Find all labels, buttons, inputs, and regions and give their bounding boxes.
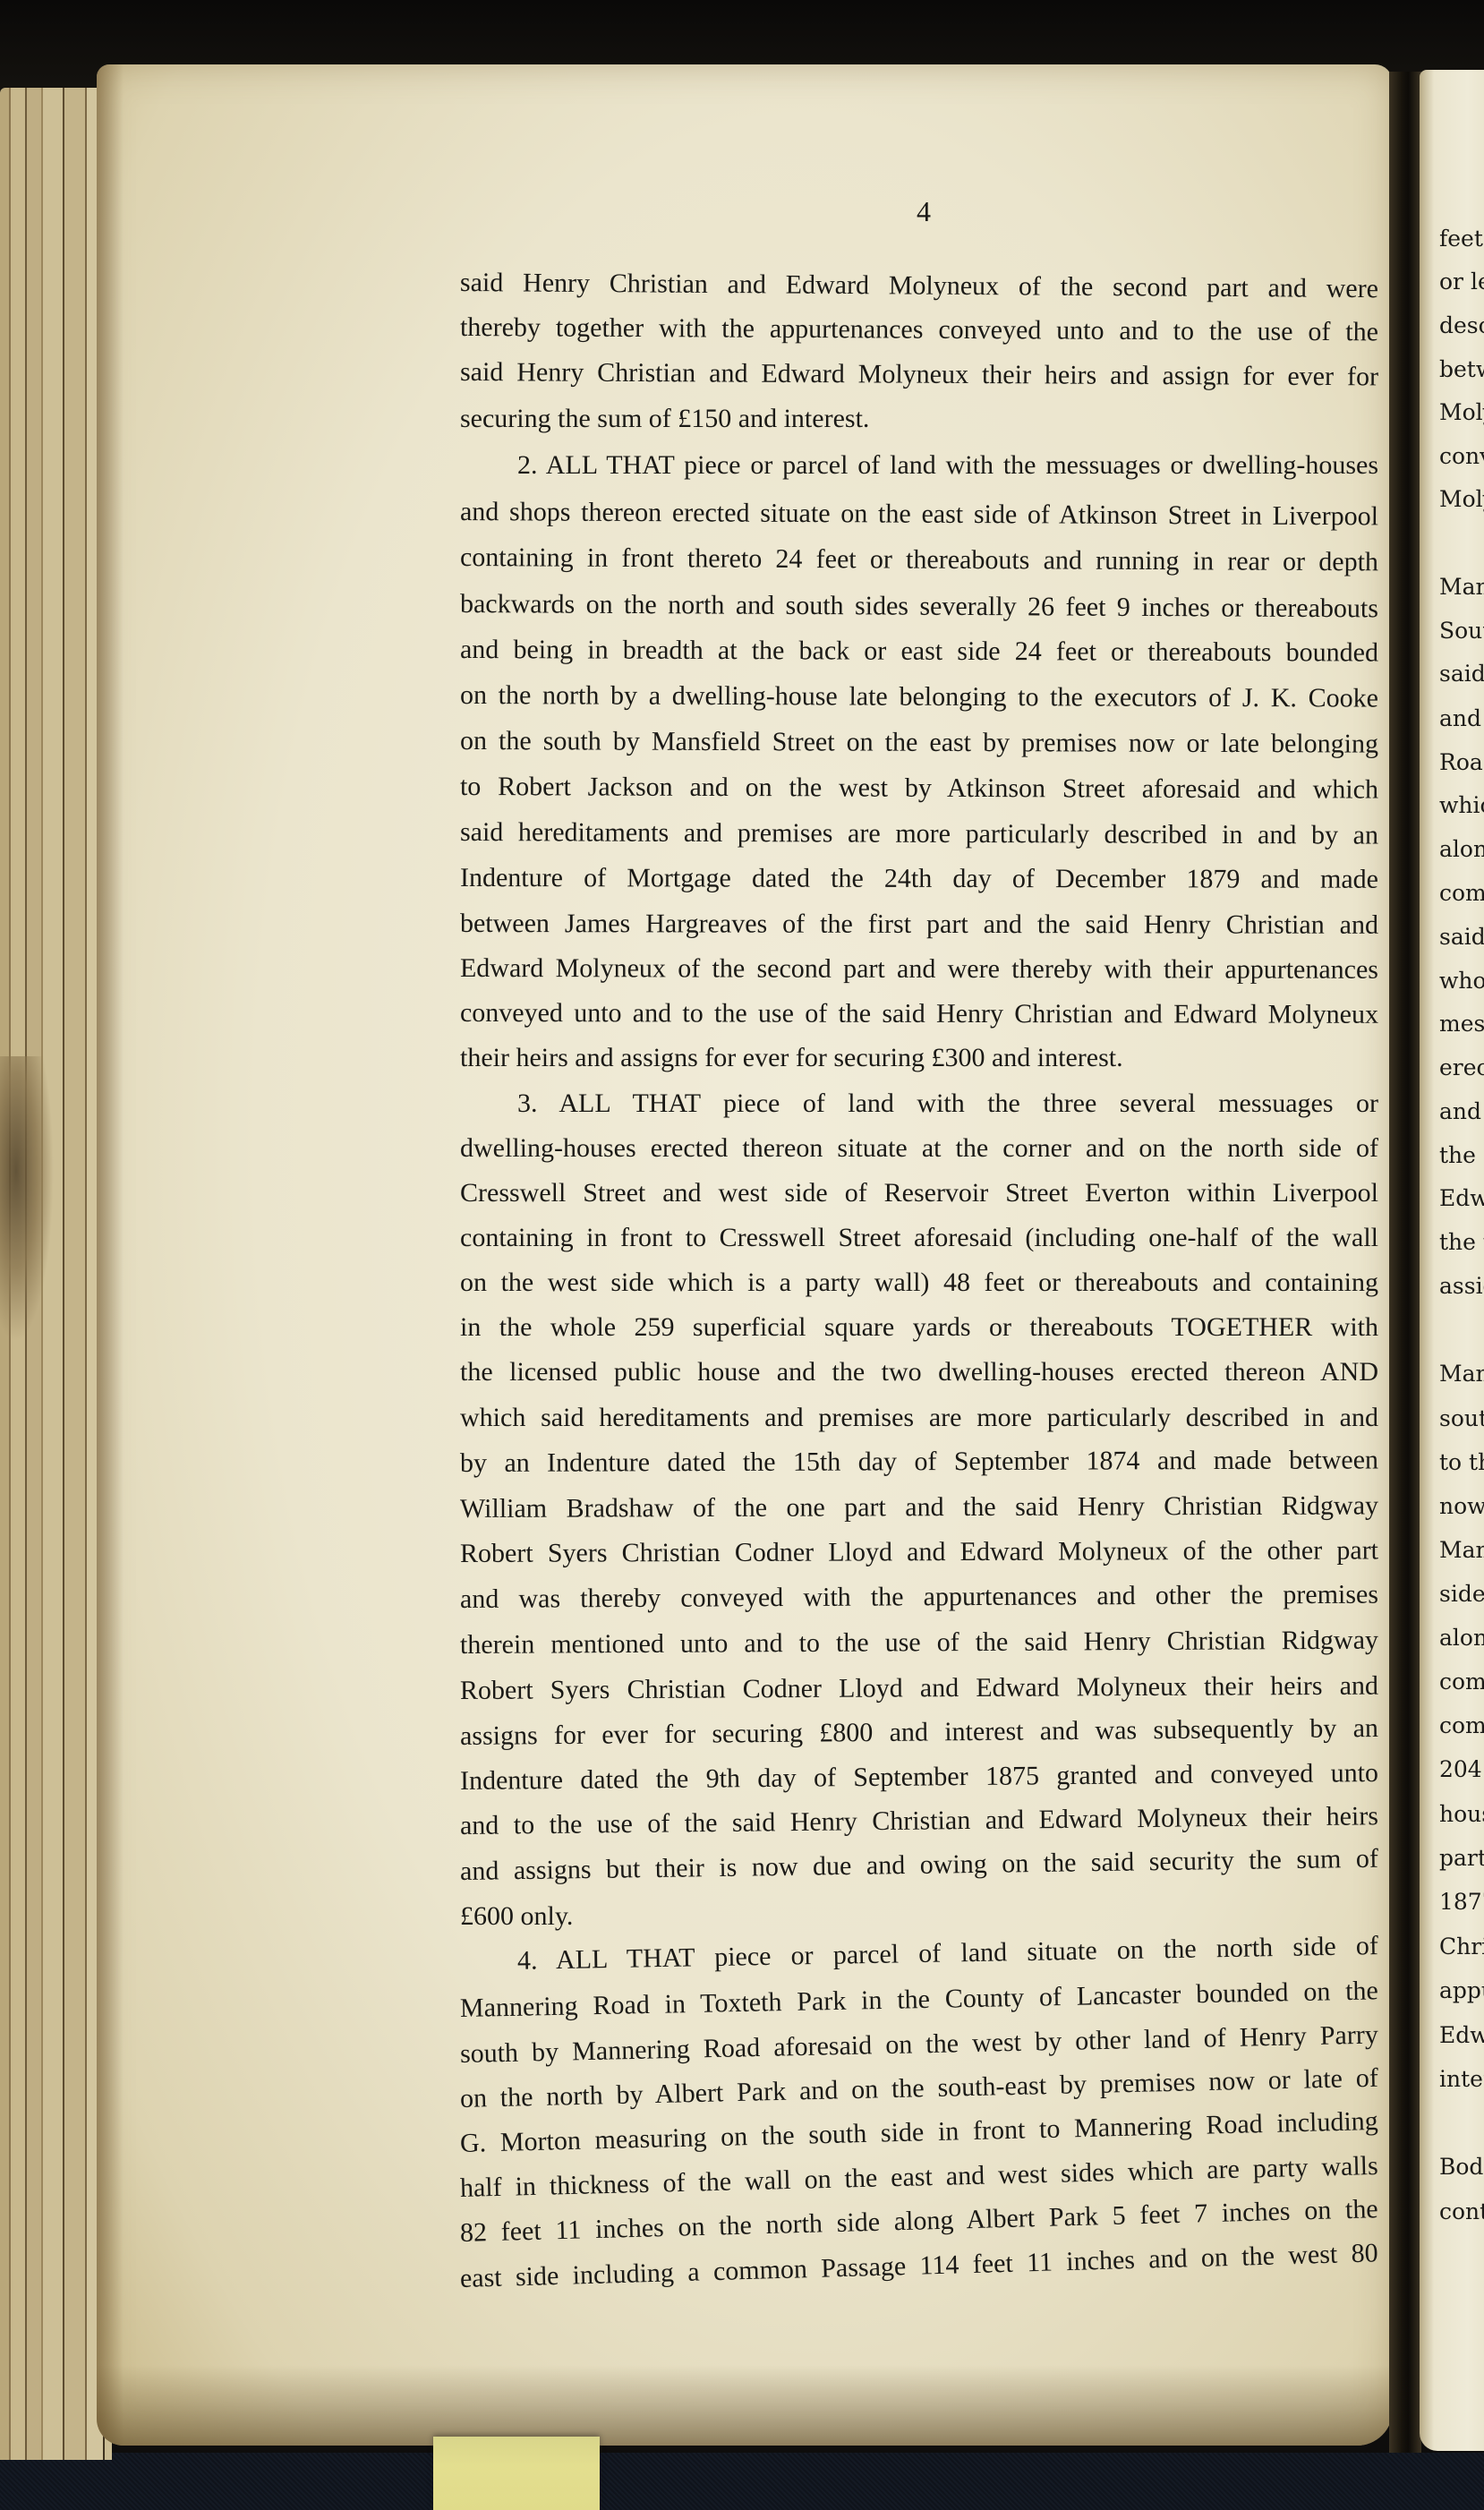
text-line: said hereditaments and premises are more… bbox=[460, 815, 1378, 854]
facing-page-line: sides bbox=[1439, 1583, 1484, 1605]
facing-page-line: said bbox=[1439, 926, 1484, 948]
facing-page-line: feet I bbox=[1439, 227, 1484, 250]
facing-page: feet Ior ledescrbetweMolyconveMolyMannSo… bbox=[1420, 70, 1484, 2451]
facing-page-line: Edwa bbox=[1439, 1187, 1484, 1209]
text-line: William Bradshaw of the one part and the… bbox=[460, 1488, 1378, 1527]
page-edge-damage bbox=[0, 1056, 54, 1343]
facing-page-line: 204 bbox=[1439, 1758, 1482, 1780]
text-line: 3. ALL THAT piece of land with the three… bbox=[460, 1086, 1378, 1122]
facing-page-line: Chri bbox=[1439, 1935, 1484, 1958]
facing-page-line: appu bbox=[1439, 1979, 1484, 2002]
facing-page-line: Mann bbox=[1439, 1539, 1484, 1561]
page-number: 4 bbox=[917, 195, 931, 228]
facing-page-line: now bbox=[1439, 1495, 1484, 1517]
text-line: by an Indenture dated the 15th day of Se… bbox=[460, 1442, 1378, 1481]
facing-page-line: Mann bbox=[1439, 1362, 1484, 1385]
facing-page-line: cont bbox=[1439, 2200, 1484, 2223]
facing-page-line: south bbox=[1439, 1407, 1484, 1430]
facing-page-line: comn bbox=[1439, 1670, 1484, 1693]
facing-page-line: comn bbox=[1439, 882, 1484, 904]
facing-page-line: 1877 bbox=[1439, 1891, 1484, 1913]
text-line: Robert Syers Christian Codner Lloyd and … bbox=[460, 1532, 1378, 1572]
text-line: backwards on the north and south sides s… bbox=[460, 586, 1378, 627]
facing-page-line: Mann bbox=[1439, 576, 1484, 598]
facing-page-line: assig bbox=[1439, 1275, 1484, 1297]
facing-page-line: and b bbox=[1439, 1100, 1484, 1123]
book-gutter bbox=[1389, 72, 1421, 2453]
text-line: containing in front to Cresswell Street … bbox=[460, 1220, 1378, 1256]
facing-page-line: comn bbox=[1439, 1714, 1484, 1737]
facing-page-line: erect bbox=[1439, 1056, 1484, 1079]
facing-page-line: which bbox=[1439, 794, 1484, 816]
facing-page-line: hous bbox=[1439, 1803, 1484, 1825]
facing-page-line: to th bbox=[1439, 1451, 1484, 1473]
text-line: on the south by Mansfield Street on the … bbox=[460, 723, 1378, 763]
text-line: therein mentioned unto and to the use of… bbox=[460, 1623, 1378, 1663]
book-cover-bottom bbox=[0, 2453, 1484, 2510]
text-line: Indenture of Mortgage dated the 24th day… bbox=[460, 860, 1378, 898]
facing-page-line: along bbox=[1439, 838, 1484, 860]
facing-page-line: descr bbox=[1439, 314, 1484, 337]
text-line: Cresswell Street and west side of Reserv… bbox=[460, 1175, 1378, 1211]
text-line: on the north by a dwelling-house late be… bbox=[460, 678, 1378, 717]
facing-page-line: along bbox=[1439, 1626, 1484, 1649]
text-line: in the whole 259 superficial square yard… bbox=[460, 1310, 1378, 1345]
facing-page-line: the s bbox=[1439, 1144, 1484, 1166]
text-line: to Robert Jackson and on the west by Atk… bbox=[460, 769, 1378, 808]
text-line: on the west side which is a party wall) … bbox=[460, 1265, 1378, 1301]
facing-page-line: Road bbox=[1439, 751, 1484, 773]
facing-page-line: and p bbox=[1439, 707, 1484, 730]
facing-page-line: South bbox=[1439, 619, 1484, 642]
facing-page-line: betwe bbox=[1439, 358, 1484, 380]
text-line: which said hereditaments and premises ar… bbox=[460, 1400, 1378, 1436]
facing-page-line: Moly bbox=[1439, 488, 1484, 510]
text-line: 2. ALL THAT piece or parcel of land with… bbox=[460, 448, 1378, 483]
text-line: £600 only. bbox=[460, 1899, 1378, 1934]
text-line: and being in breadth at the back or east… bbox=[460, 632, 1378, 671]
text-line: conveyed unto and to the use of the said… bbox=[460, 995, 1378, 1033]
text-line: Edward Molyneux of the second part and w… bbox=[460, 951, 1378, 988]
facing-page-line: inter bbox=[1439, 2068, 1484, 2090]
text-line: securing the sum of £150 and interest. bbox=[460, 401, 1378, 437]
text-line: their heirs and assigns for ever for sec… bbox=[460, 1040, 1378, 1076]
facing-page-line: Moly bbox=[1439, 401, 1484, 423]
facing-page-line: said I bbox=[1439, 662, 1484, 685]
facing-page-line: conve bbox=[1439, 445, 1484, 467]
facing-page-line: the u bbox=[1439, 1231, 1484, 1253]
text-line: and was thereby conveyed with the appurt… bbox=[460, 1577, 1378, 1618]
text-line: said Henry Christian and Edward Molyneux… bbox=[460, 265, 1378, 307]
text-line: and shops thereon erected situate on the… bbox=[460, 494, 1378, 534]
facing-page-line: Bod bbox=[1439, 2156, 1483, 2178]
text-line: Robert Syers Christian Codner Lloyd and … bbox=[460, 1669, 1378, 1709]
facing-page-line: parti bbox=[1439, 1847, 1484, 1869]
text-line: between James Hargreaves of the first pa… bbox=[460, 906, 1378, 943]
text-line: dwelling-houses erected thereon situate … bbox=[460, 1131, 1378, 1166]
text-line: said Henry Christian and Edward Molyneux… bbox=[460, 354, 1378, 395]
facing-page-line: or le bbox=[1439, 270, 1484, 293]
facing-page-line: mess bbox=[1439, 1012, 1484, 1035]
text-line: the licensed public house and the two dw… bbox=[460, 1354, 1378, 1390]
facing-page-line: Edw bbox=[1439, 2024, 1484, 2046]
text-line: thereby together with the appurtenances … bbox=[460, 310, 1378, 350]
text-line: containing in front thereto 24 feet or t… bbox=[460, 540, 1378, 580]
sticky-note-tab bbox=[433, 2437, 600, 2510]
facing-page-line: whole bbox=[1439, 969, 1484, 992]
